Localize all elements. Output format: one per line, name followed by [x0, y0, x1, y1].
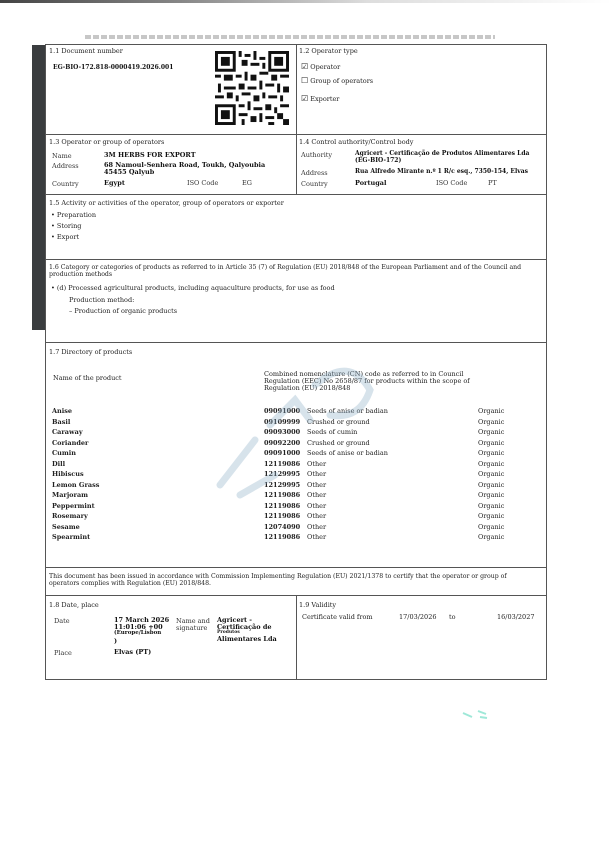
section-label: 1.4 Control authority/Control body	[299, 138, 413, 146]
valid-from-label: Certificate valid from	[302, 613, 373, 621]
address-label: Address	[52, 162, 79, 170]
section-label-line2: production methods	[49, 271, 112, 278]
section-validity: 1.9 Validity Certificate valid from 17/0…	[297, 596, 547, 680]
authority-name-line1: Agricert - Certificação de Produtos Alim…	[355, 150, 529, 157]
section-date-place: 1.8 Date, place Date 17 March 2026 11:01…	[45, 596, 297, 680]
activity-item: • Export	[51, 233, 79, 241]
table-row: Rosemary12119086OtherOrganic	[52, 512, 542, 523]
cn-description: Seeds of anise or badian	[307, 449, 388, 457]
product-name: Coriander	[52, 439, 88, 447]
valid-to-label: to	[449, 613, 456, 621]
section-label: 1.2 Operator type	[299, 47, 358, 55]
checkbox-label: Operator	[310, 63, 340, 71]
authority-country: Portugal	[355, 179, 386, 187]
cn-code: 12119086	[264, 502, 300, 510]
section-control-body: 1.4 Control authority/Control body Autho…	[297, 135, 547, 195]
cn-code: 09091000	[264, 407, 300, 415]
section-category: 1.6 Category or categories of products a…	[45, 260, 547, 343]
product-status: Organic	[478, 491, 504, 499]
product-name: Rosemary	[52, 512, 88, 520]
date-label: Date	[54, 617, 70, 625]
date-line4: )	[114, 637, 117, 645]
iso-label: ISO Code	[436, 179, 467, 187]
cn-code: 12119086	[264, 460, 300, 468]
checkbox-group-of-operators[interactable]: ☐ Group of operators	[301, 76, 373, 85]
statement-line2: operators complies with Regulation (EU) …	[49, 580, 211, 587]
cn-code: 12129995	[264, 470, 300, 478]
cn-description: Other	[307, 470, 326, 478]
authority-address: Rua Alfredo Mirante n.º 1 R/c esq., 7350…	[355, 168, 528, 175]
production-method: – Production of organic products	[69, 307, 177, 315]
table-row: Marjoram12119086OtherOrganic	[52, 491, 542, 502]
cn-code: 12129995	[264, 481, 300, 489]
section-operator-type: 1.2 Operator type ☑ Operator ☐ Group of …	[297, 44, 547, 135]
product-name: Dill	[52, 460, 65, 468]
cn-description: Seeds of anise or badian	[307, 407, 388, 415]
operator-iso: EG	[242, 179, 252, 187]
cn-description: Other	[307, 523, 326, 531]
operator-country: Egypt	[104, 179, 125, 187]
table-row: Dill12119086OtherOrganic	[52, 460, 542, 471]
product-status: Organic	[478, 481, 504, 489]
country-label: Country	[301, 180, 328, 188]
category-item: • (d) Processed agricultural products, i…	[51, 284, 335, 292]
table-row: Hibiscus12129995OtherOrganic	[52, 470, 542, 481]
cn-code: 12119086	[264, 491, 300, 499]
signature-label-line2: signature	[176, 624, 207, 632]
qr-code-icon	[215, 51, 289, 125]
cn-code: 09091000	[264, 449, 300, 457]
product-status: Organic	[478, 407, 504, 415]
cn-code: 12119086	[264, 533, 300, 541]
product-status: Organic	[478, 512, 504, 520]
document-number: EG-BIO-172.818-0000419.2026.001	[53, 64, 173, 71]
place-label: Place	[54, 649, 72, 657]
cn-description: Crushed or ground	[307, 439, 370, 447]
operator-name: 3M HERBS FOR EXPORT	[104, 151, 196, 159]
section-operator: 1.3 Operator or group of operators Name …	[45, 135, 297, 195]
operator-address-line2: 45455 Qalyub	[104, 168, 154, 176]
place-value: Elvas (PT)	[114, 648, 151, 656]
table-row: Sesame12074090OtherOrganic	[52, 523, 542, 534]
cn-description: Other	[307, 491, 326, 499]
checkbox-unchecked-icon: ☐	[301, 76, 308, 85]
product-name: Lemon Grass	[52, 481, 99, 489]
product-name: Peppermint	[52, 502, 95, 510]
product-status: Organic	[478, 460, 504, 468]
section-label: 1.8 Date, place	[49, 601, 99, 609]
iso-label: ISO Code	[187, 179, 218, 187]
product-name: Marjoram	[52, 491, 88, 499]
production-method-label: Production method:	[69, 296, 134, 304]
table-row: Basil09109999Crushed or groundOrganic	[52, 418, 542, 429]
checkbox-label: Group of operators	[310, 77, 373, 85]
product-status: Organic	[478, 523, 504, 531]
product-status: Organic	[478, 418, 504, 426]
checkbox-checked-icon: ☑	[301, 94, 308, 103]
valid-to-date: 16/03/2027	[497, 613, 534, 621]
scan-margin-bar	[32, 45, 45, 330]
section-activities: 1.5 Activity or activities of the operat…	[45, 195, 547, 260]
table-row: Anise09091000Seeds of anise or badianOrg…	[52, 407, 542, 418]
table-row: Lemon Grass12129995OtherOrganic	[52, 481, 542, 492]
cn-description: Other	[307, 460, 326, 468]
date-line3: (Europe/Lisbon	[114, 630, 161, 636]
column-header-cn-code-line3: Regulation (EU) 2018/848	[264, 384, 350, 392]
product-status: Organic	[478, 502, 504, 510]
faded-heading	[85, 35, 495, 39]
cn-description: Other	[307, 502, 326, 510]
name-label: Name	[52, 152, 72, 160]
country-label: Country	[52, 180, 79, 188]
table-row: Cumin09091000Seeds of anise or badianOrg…	[52, 449, 542, 460]
checkbox-exporter[interactable]: ☑ Exporter	[301, 94, 339, 103]
product-name: Spearmint	[52, 533, 90, 541]
cn-description: Crushed or ground	[307, 418, 370, 426]
authority-label: Authority	[301, 151, 332, 159]
section-label: 1.9 Validity	[299, 601, 336, 609]
product-status: Organic	[478, 470, 504, 478]
section-label: 1.5 Activity or activities of the operat…	[49, 199, 284, 207]
activity-item: • Preparation	[51, 211, 96, 219]
checkbox-operator[interactable]: ☑ Operator	[301, 62, 340, 71]
product-name: Sesame	[52, 523, 80, 531]
scan-artifact-mark	[460, 708, 490, 722]
product-status: Organic	[478, 449, 504, 457]
product-name: Caraway	[52, 428, 83, 436]
product-name: Cumin	[52, 449, 76, 457]
cn-code: 09093000	[264, 428, 300, 436]
table-row: Spearmint12119086OtherOrganic	[52, 533, 542, 544]
valid-from-date: 17/03/2026	[399, 613, 436, 621]
section-label: 1.3 Operator or group of operators	[49, 138, 164, 146]
table-row: Caraway09093000Seeds of cuminOrganic	[52, 428, 542, 439]
cn-description: Other	[307, 481, 326, 489]
scan-edge	[0, 0, 612, 3]
statement-line1: This document has been issued in accorda…	[49, 573, 507, 580]
cn-code: 12074090	[264, 523, 300, 531]
section-label-line1: 1.6 Category or categories of products a…	[49, 264, 521, 271]
cn-description: Other	[307, 533, 326, 541]
address-label: Address	[301, 169, 328, 177]
cn-code: 12119086	[264, 512, 300, 520]
section-statement: This document has been issued in accorda…	[45, 568, 547, 596]
product-name: Basil	[52, 418, 70, 426]
section-label: 1.7 Directory of products	[49, 348, 132, 356]
signature-line4: Alimentares Lda	[217, 635, 277, 643]
checkbox-checked-icon: ☑	[301, 62, 308, 71]
product-status: Organic	[478, 533, 504, 541]
cn-code: 09109999	[264, 418, 300, 426]
cn-description: Other	[307, 512, 326, 520]
authority-name-line2: (EG-BIO-172)	[355, 157, 401, 164]
product-status: Organic	[478, 439, 504, 447]
section-label: 1.1 Document number	[49, 47, 123, 55]
product-status: Organic	[478, 428, 504, 436]
table-row: Coriander09092200Crushed or groundOrgani…	[52, 439, 542, 450]
column-header-product-name: Name of the product	[53, 374, 122, 382]
checkbox-label: Exporter	[310, 95, 339, 103]
activity-item: • Storing	[51, 222, 81, 230]
product-name: Anise	[52, 407, 72, 415]
table-row: Peppermint12119086OtherOrganic	[52, 502, 542, 513]
cn-description: Seeds of cumin	[307, 428, 357, 436]
cn-code: 09092200	[264, 439, 300, 447]
authority-iso: PT	[488, 179, 497, 187]
product-name: Hibiscus	[52, 470, 84, 478]
